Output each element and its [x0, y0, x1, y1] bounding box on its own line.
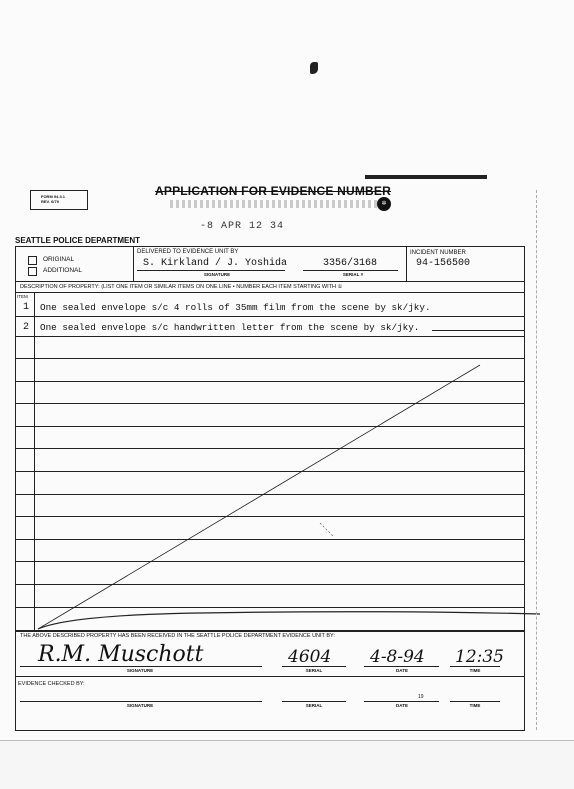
- scan-background: [0, 740, 574, 789]
- date-caption: DATE: [372, 703, 432, 708]
- strike-through-lines: [0, 0, 574, 740]
- signature-caption: SIGNATURE: [110, 703, 170, 708]
- time-line: [450, 666, 500, 667]
- receiver-signature[interactable]: R.M. Muschott: [38, 642, 203, 667]
- time-caption: TIME: [445, 668, 505, 673]
- time-caption: TIME: [445, 703, 505, 708]
- checked-by-label: EVIDENCE CHECKED BY:: [18, 681, 85, 687]
- serial-caption: SERIAL: [284, 703, 344, 708]
- evidence-form-page: FORM 94.3.1 REV. 6/79 APPLICATION FOR EV…: [0, 0, 574, 740]
- receipt-time[interactable]: 12:35: [455, 647, 504, 667]
- page-edge-dashes: [536, 190, 538, 730]
- date-century-prefix: 19: [418, 694, 424, 700]
- date-caption: DATE: [372, 668, 432, 673]
- date-line: [364, 666, 439, 667]
- signature-caption: SIGNATURE: [110, 668, 170, 673]
- checker-serial-field[interactable]: [282, 701, 346, 702]
- receipt-date[interactable]: 4-8-94: [370, 647, 425, 667]
- checker-date-field[interactable]: [364, 701, 439, 702]
- section-divider: [15, 676, 525, 677]
- receiver-serial[interactable]: 4604: [288, 647, 331, 667]
- checker-signature-field[interactable]: [20, 701, 262, 702]
- checker-time-field[interactable]: [450, 701, 500, 702]
- receipt-statement: THE ABOVE DESCRIBED PROPERTY HAS BEEN RE…: [20, 633, 335, 639]
- serial-line: [282, 666, 346, 667]
- signature-line: [20, 666, 262, 667]
- serial-caption: SERIAL: [284, 668, 344, 673]
